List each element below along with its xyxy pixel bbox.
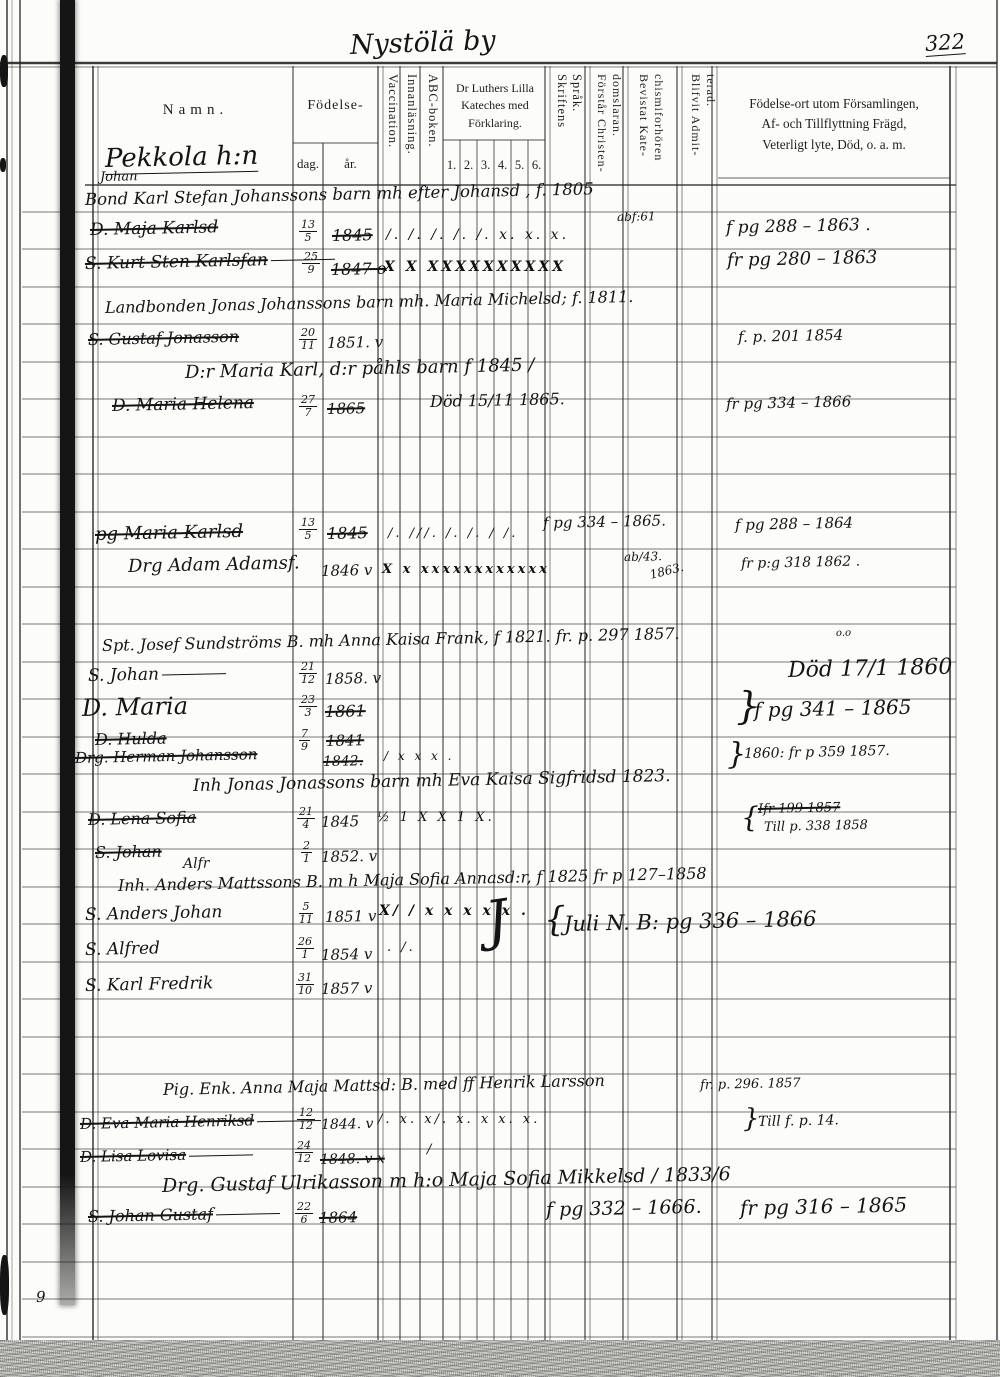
attended-line1: Bevistat Kate- bbox=[636, 74, 651, 186]
notes-line1: Födelse-ort utom Församlingen, bbox=[749, 96, 919, 111]
page-number: 322 bbox=[924, 29, 966, 57]
birth-day: 511 bbox=[299, 901, 313, 926]
member-name: D. Maria Helena bbox=[112, 393, 254, 416]
note: f pg 288 – 1863 . bbox=[726, 215, 871, 238]
birth-year: 1865 bbox=[327, 399, 366, 418]
catechism-line1: Dr Luthers Lilla bbox=[456, 81, 534, 95]
catechism-marks: / bbox=[427, 1142, 434, 1157]
birth-day: 135 bbox=[299, 219, 317, 244]
catechism-line2: Kateches med bbox=[461, 98, 529, 112]
birth-year: 1846 v bbox=[321, 561, 373, 580]
notes-line3: Veterligt lyte, Död, o. a. m. bbox=[762, 137, 906, 152]
member-name: S. Karl Fredrik bbox=[85, 973, 214, 996]
catechism-marks: /. /. /. /. /. x. x. x. bbox=[386, 227, 569, 243]
catechism-col-3: 3. bbox=[477, 158, 494, 173]
catechism-marks: X x xxxxxxxxxxxx bbox=[382, 562, 550, 577]
note: 1860: fr p 359 1857. bbox=[744, 743, 890, 762]
understands-line1: Förstår Christen- bbox=[594, 74, 609, 186]
member-name: S. Gustaf Jonasson bbox=[88, 327, 239, 349]
member-name: D. Maria bbox=[82, 692, 189, 722]
margin-mark: 9 bbox=[36, 1288, 46, 1306]
page-title-handwritten: Nystölä by bbox=[349, 25, 496, 61]
member-name: S. Johan Gustaf bbox=[88, 1203, 280, 1226]
note: Ifr 199 1857 bbox=[758, 800, 841, 817]
understands-line2: domslaran. bbox=[609, 74, 624, 186]
catechism-marks: /. x. x/. x. x x. x. bbox=[378, 1112, 540, 1127]
note: fr pg 334 – 1866 bbox=[726, 392, 852, 413]
birth-year: 1858. v bbox=[325, 669, 382, 688]
catechism-marks: /. ///. /. /. / /. bbox=[388, 526, 518, 541]
edge-smudge bbox=[0, 158, 6, 172]
birth-year: 1861 bbox=[325, 701, 366, 721]
column-header-catechism: Dr Luthers Lilla Kateches med Förklaring… bbox=[445, 80, 545, 132]
birth-year: 1851 v bbox=[325, 907, 377, 926]
catechism-col-6: 6. bbox=[528, 158, 545, 173]
exam-mark: abf:61 bbox=[617, 209, 656, 224]
member-name: S. Johan bbox=[88, 663, 226, 686]
catechism-col-2: 2. bbox=[460, 158, 477, 173]
note: fr pg 316 – 1865 bbox=[740, 1193, 908, 1220]
edge-smudge bbox=[0, 1255, 9, 1315]
note: Till f. p. 14. bbox=[758, 1112, 839, 1130]
member-name: Drg. Herman Johansson bbox=[75, 745, 258, 767]
scanned-page: Nystölä by 322 Namn. Pekkola h:n Födelse… bbox=[0, 0, 1000, 1377]
script-line1: Skriftens bbox=[554, 74, 569, 182]
column-header-name: Namn. bbox=[98, 102, 293, 119]
birth-day: 135 bbox=[299, 517, 317, 542]
admitted-line2: terad. bbox=[703, 74, 718, 182]
catechism-marks: ½ 1 X X 1 X. bbox=[377, 810, 495, 825]
birth-year: 1845 bbox=[327, 523, 368, 543]
catechism-line3: Förklaring. bbox=[468, 116, 522, 130]
member-name: pg Maria Karlsd bbox=[95, 521, 243, 545]
interlinear-note: Alfr bbox=[183, 855, 210, 872]
birth-day: 259 bbox=[302, 251, 320, 276]
catechism-col-5: 5. bbox=[511, 158, 528, 173]
birth-year: 1854 v bbox=[321, 945, 373, 964]
death-note: Död 15/11 1865. bbox=[430, 389, 565, 411]
birth-year: 1845 bbox=[332, 225, 373, 245]
birth-year: 1864 bbox=[319, 1208, 358, 1227]
birth-day: 233 bbox=[299, 694, 317, 719]
birth-year: 1844. v bbox=[321, 1116, 374, 1133]
mid-note: f pg 332 – 1666. bbox=[546, 1196, 702, 1221]
birth-year: 1848. v x bbox=[320, 1151, 385, 1168]
member-name: S. Anders Johan bbox=[85, 902, 223, 925]
column-header-admitted: Blifvit Admit- terad. bbox=[688, 74, 718, 182]
birth-year: 1851. v bbox=[327, 333, 384, 352]
brace-mark: { bbox=[544, 900, 566, 940]
binding-shadow bbox=[60, 0, 75, 1305]
interlinear-note: Johan bbox=[100, 169, 138, 185]
catechism-marks: . /. bbox=[387, 940, 416, 955]
column-header-birth: Födelse- bbox=[293, 98, 378, 114]
member-name: D. Maja Karlsd bbox=[90, 217, 219, 240]
catechism-col-4: 4. bbox=[494, 158, 511, 173]
member-name: D. Lena Sofia bbox=[88, 808, 197, 829]
column-header-birth-day: dag. bbox=[293, 156, 323, 172]
birth-day: 1212 bbox=[297, 1107, 315, 1132]
note: fr p:g 318 1862 . bbox=[741, 554, 860, 572]
script-line2: Språk. bbox=[569, 74, 584, 182]
birth-day: 214 bbox=[297, 806, 315, 831]
birth-year: 1857 v bbox=[321, 979, 373, 998]
birth-day: 21 bbox=[301, 840, 312, 865]
birth-day: 3110 bbox=[296, 972, 314, 997]
note-secondary: Till p. 338 1858 bbox=[764, 818, 868, 835]
column-header-vaccination: Vaccination. bbox=[385, 74, 400, 182]
birth-year: 1841 bbox=[326, 731, 365, 750]
column-header-script-language: Skriftens Språk. bbox=[554, 74, 584, 182]
attended-line2: chismiforhören bbox=[651, 74, 666, 186]
column-header-reading: Innanläsning. bbox=[404, 74, 419, 182]
birth-year: 1847 o bbox=[331, 259, 387, 279]
catechism-col-1: 1. bbox=[443, 158, 460, 173]
note: fr pg 280 – 1863 bbox=[727, 247, 878, 271]
admitted-line1: Blifvit Admit- bbox=[688, 74, 703, 182]
catechism-marks: / x x x . bbox=[384, 749, 454, 763]
small-mark: o.o bbox=[836, 628, 851, 639]
column-header-birth-year: år. bbox=[323, 156, 378, 172]
member-name: Drg Adam Adamsf. bbox=[128, 552, 300, 577]
birth-day: 261 bbox=[296, 936, 314, 961]
note: fr. p. 296. 1857 bbox=[700, 1076, 801, 1093]
note: f pg 341 – 1865 bbox=[754, 695, 912, 722]
edge-smudge bbox=[0, 55, 8, 87]
note: f. p. 201 1854 bbox=[738, 326, 844, 346]
birth-day: 2011 bbox=[299, 327, 317, 352]
column-header-understands-doctrine: Förstår Christen- domslaran. bbox=[594, 74, 624, 186]
birth-day: 79 bbox=[299, 728, 310, 753]
death-note: Död 17/1 1860 bbox=[788, 655, 953, 683]
birth-year: 1852. v bbox=[321, 847, 378, 866]
column-header-notes: Födelse-ort utom Församlingen, Af- och T… bbox=[718, 94, 950, 155]
note: f pg 288 – 1864 bbox=[735, 514, 853, 534]
birth-day: 226 bbox=[295, 1201, 313, 1226]
birth-year: 1842. bbox=[323, 753, 363, 770]
scan-noise-band bbox=[0, 1340, 1000, 1377]
member-name: S. Alfred bbox=[85, 938, 160, 960]
member-name: D. Hulda bbox=[95, 729, 167, 749]
birth-day: 2412 bbox=[295, 1140, 313, 1165]
birth-day: 277 bbox=[299, 394, 317, 419]
member-name: S. Johan bbox=[95, 842, 162, 862]
column-header-attended-examination: Bevistat Kate- chismiforhören bbox=[636, 74, 666, 186]
exam-mark: ab/43. bbox=[624, 549, 662, 564]
brace-mark: { bbox=[741, 801, 760, 834]
member-name: D. Lisa Lovisa bbox=[80, 1144, 253, 1166]
catechism-marks: X X XXXXXXXXXX bbox=[384, 259, 566, 275]
mid-note: f pg 334 – 1865. bbox=[543, 511, 666, 532]
column-header-abc-book: ABC-boken. bbox=[425, 74, 440, 182]
birth-day: 2112 bbox=[299, 661, 317, 686]
notes-line2: Af- och Tillflyttning Frägd, bbox=[761, 116, 906, 131]
birth-year: 1845 bbox=[321, 812, 360, 831]
